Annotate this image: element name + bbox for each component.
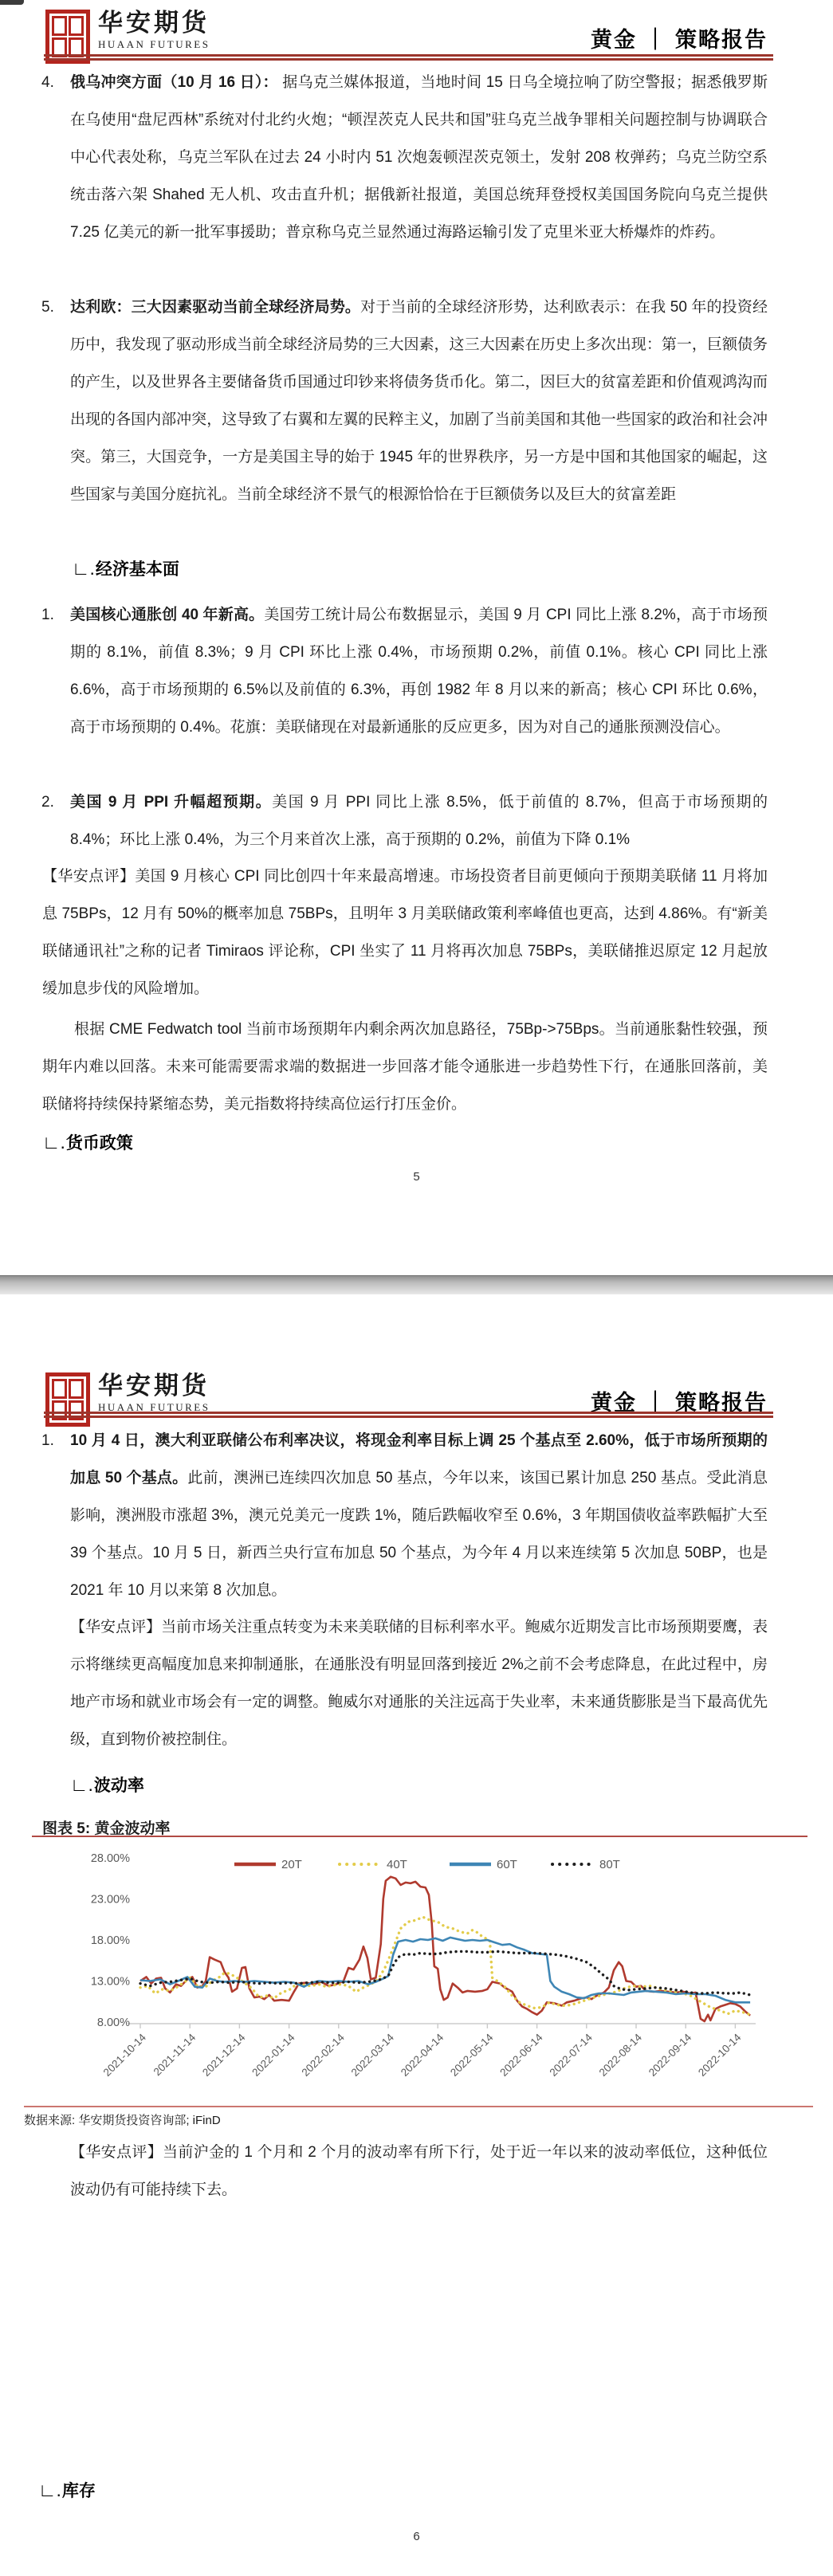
section-label: 波动率: [94, 1777, 144, 1795]
x-tick-label: 2022-05-14: [448, 2031, 496, 2079]
section-corner-glyph: ∟.: [38, 2480, 61, 2500]
series-20T: [140, 1877, 750, 2021]
figure-title: 图表 5: 黄金波动率: [42, 1816, 170, 1838]
x-tick-label: 2022-03-14: [349, 2031, 397, 2079]
econ-item-1: 1. 美国核心通胀创 40 年新高。美国劳工统计局公布数据显示，美国 9 月 C…: [70, 596, 768, 746]
item-lead: 俄乌冲突方面（10 月 16 日）：: [70, 74, 278, 91]
x-tick-label: 2022-04-14: [399, 2031, 446, 2079]
item-lead: 达利欧：三大因素驱动当前全球经济局势。: [70, 299, 360, 316]
x-tick-label: 2021-11-14: [151, 2031, 198, 2078]
news-item-4: 4. 俄乌冲突方面（10 月 16 日）： 据乌克兰媒体报道，当地时间 15 日…: [70, 64, 768, 251]
legend-label-20T: 20T: [281, 1858, 302, 1871]
item-body: 对于当前的全球经济形势，达利欧表示：在我 50 年的投资经历中，我发现了驱动形成…: [70, 299, 768, 503]
item-lead: 美国核心通胀创 40 年新高。: [70, 607, 264, 623]
huaan-comment-volatility: 【华安点评】当前沪金的 1 个月和 2 个月的波动率有所下行，处于近一年以来的波…: [70, 2134, 768, 2209]
page-separator: [0, 1275, 833, 1295]
item-body: 据乌克兰媒体报道，当地时间 15 日乌全境拉响了防空警报；据悉俄罗斯在乌使用“盘…: [70, 74, 768, 241]
item-lead: 美国 9 月 PPI 升幅超预期。: [70, 794, 272, 811]
brand-name-en: HUAAN FUTURES: [98, 38, 210, 51]
page-number: 5: [0, 1170, 833, 1184]
header-rule-top: [44, 1412, 773, 1414]
brand-name-cn: 华安期货: [98, 1372, 210, 1400]
item-number: 1.: [41, 596, 54, 634]
x-tick-label: 2022-07-14: [547, 2031, 595, 2079]
report-page-6: 华安期货 HUAAN FUTURES 黄金 ｜ 策略报告 1. 10 月 4 日…: [0, 1294, 833, 2576]
section-label: 货币政策: [66, 1134, 133, 1153]
header-rule-top: [44, 54, 773, 57]
x-tick-label: 2021-10-14: [101, 2031, 149, 2079]
item-number: 4.: [41, 64, 54, 101]
report-header-title: 黄金 ｜ 策略报告: [591, 22, 768, 53]
x-tick-label: 2022-08-14: [597, 2031, 645, 2079]
page-number: 6: [0, 2530, 833, 2543]
section-corner-glyph: ∟.: [42, 1132, 65, 1153]
figure-data-source: 数据来源: 华安期货投资咨询部; iFinD: [24, 2111, 221, 2128]
x-tick-label: 2022-10-14: [696, 2031, 744, 2079]
report-page-5: 华安期货 HUAAN FUTURES 黄金 ｜ 策略报告 4. 俄乌冲突方面（1…: [0, 0, 833, 1275]
item-body: 美国劳工统计局公布数据显示，美国 9 月 CPI 同比上涨 8.2%，高于市场预…: [70, 607, 768, 736]
figure-rule-bottom: [24, 2106, 813, 2107]
company-logo: 华安期货 HUAAN FUTURES: [45, 1372, 210, 1427]
econ-item-2: 2. 美国 9 月 PPI 升幅超预期。美国 9 月 PPI 同比上涨 8.5%…: [70, 783, 768, 858]
section-economy: ∟.经济基本面: [72, 556, 179, 580]
item-number: 2.: [41, 783, 54, 821]
item-number: 1.: [41, 1422, 54, 1459]
paragraph-cme-fedwatch: 根据 CME Fedwatch tool 当前市场预期年内剩余两次加息路径，75…: [42, 1011, 768, 1123]
section-corner-glyph: ∟.: [72, 558, 95, 579]
section-volatility: ∟.波动率: [70, 1773, 144, 1797]
x-tick-label: 2022-01-14: [250, 2031, 297, 2079]
header-rule-bottom: [44, 1416, 773, 1418]
x-tick-label: 2022-02-14: [299, 2031, 347, 2079]
section-label: 库存: [62, 2482, 96, 2500]
section-label: 经济基本面: [96, 560, 179, 579]
header-rule-bottom: [44, 58, 773, 61]
item-number: 5.: [41, 289, 54, 326]
item-body: 此前，澳洲已连续四次加息 50 基点，今年以来，该国已累计加息 250 基点。受…: [70, 1470, 768, 1599]
x-tick-label: 2021-12-14: [200, 2031, 248, 2079]
y-tick-label: 18.00%: [91, 1934, 130, 1947]
huaan-comment-cpi: 【华安点评】美国 9 月核心 CPI 同比创四十年来最高增速。市场投资者目前更倾…: [42, 858, 768, 1007]
section-monetary-policy: ∟.货币政策: [42, 1130, 133, 1154]
policy-item-1: 1. 10 月 4 日，澳大利亚联储公布利率决议，将现金利率目标上调 25 个基…: [70, 1422, 768, 1609]
x-tick-label: 2022-09-14: [646, 2031, 694, 2079]
legend-label-80T: 80T: [599, 1858, 620, 1871]
brand-name-cn: 华安期货: [98, 10, 210, 37]
y-tick-label: 28.00%: [91, 1852, 130, 1865]
news-item-5: 5. 达利欧：三大因素驱动当前全球经济局势。对于当前的全球经济形势，达利欧表示：…: [70, 289, 768, 513]
scan-artifact: [0, 0, 24, 5]
y-tick-label: 8.00%: [97, 2016, 130, 2029]
volatility-chart: 2021-10-142021-11-142021-12-142022-01-14…: [80, 1844, 813, 2104]
huaan-seal-icon: [45, 1372, 90, 1427]
y-tick-label: 13.00%: [91, 1976, 130, 1989]
huaan-comment-fed-rate: 【华安点评】当前市场关注重点转变为未来美联储的目标利率水平。鲍威尔近期发言比市场…: [70, 1608, 768, 1758]
figure-rule-top: [32, 1836, 807, 1837]
x-tick-label: 2022-06-14: [497, 2031, 545, 2079]
section-inventory: ∟.库存: [38, 2478, 96, 2502]
legend-label-60T: 60T: [497, 1858, 517, 1871]
legend-label-40T: 40T: [387, 1858, 407, 1871]
report-document: { "header": { "brand_cn": "华安期货", "brand…: [0, 0, 833, 2576]
y-tick-label: 23.00%: [91, 1894, 130, 1906]
section-corner-glyph: ∟.: [70, 1774, 93, 1795]
